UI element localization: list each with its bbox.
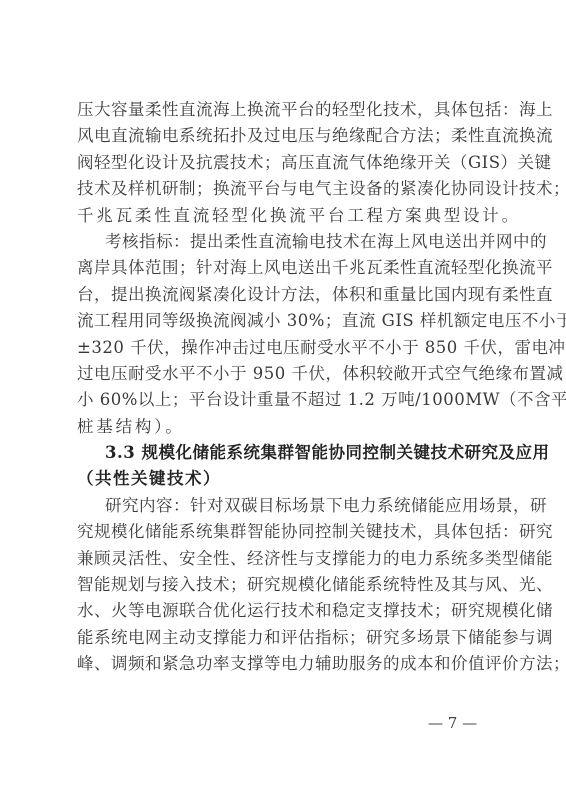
paragraph-research-content: 研究内容：针对双碳目标场景下电力系统储能应用场景，研 究规模化储能系统集群智能协…	[77, 493, 490, 678]
text-line: 风电直流输电系统拓扑及过电压与绝缘配合方法；柔性直流换流	[77, 123, 490, 149]
heading-line: （共性关键技术）	[77, 466, 490, 492]
page-text-body: 压大容量柔性直流海上换流平台的轻型化技术，具体包括：海上 风电直流输电系统拓扑及…	[77, 97, 490, 678]
text-line: 流工程用同等级换流阀减小 30%；直流 GIS 样机额定电压不小于	[77, 308, 490, 334]
text-line: 千兆瓦柔性直流轻型化换流平台工程方案典型设计。	[77, 203, 490, 229]
text-line: 兼顾灵活性、安全性、经济性与支撑能力的电力系统多类型储能	[77, 546, 490, 572]
text-line: 技术及样机研制；换流平台与电气主设备的紧凑化协同设计技术；	[77, 176, 490, 202]
text-line: 水、火等电源联合优化运行技术和稳定支撑技术；研究规模化储	[77, 598, 490, 624]
text-line: 台，提出换流阀紧凑化设计方法，体积和重量比国内现有柔性直	[77, 282, 490, 308]
text-line: 阀轻型化设计及抗震技术；高压直流气体绝缘开关（GIS）关键	[77, 150, 490, 176]
text-line: 压大容量柔性直流海上换流平台的轻型化技术，具体包括：海上	[77, 97, 490, 123]
text-line: 研究内容：针对双碳目标场景下电力系统储能应用场景，研	[77, 493, 490, 519]
page-number: — 7 —	[428, 714, 476, 732]
paragraph-research-content-continuation: 压大容量柔性直流海上换流平台的轻型化技术，具体包括：海上 风电直流输电系统拓扑及…	[77, 97, 490, 229]
text-line: 究规模化储能系统集群智能协同控制关键技术，具体包括：研究	[77, 519, 490, 545]
text-line: 智能规划与接入技术；研究规模化储能系统特性及其与风、光、	[77, 572, 490, 598]
text-line: ±320 千伏，操作冲击过电压耐受水平不小于 850 千伏，雷电冲击	[77, 335, 490, 361]
text-line: 桩基结构）。	[77, 414, 490, 440]
text-line: 小 60%以上；平台设计重量不超过 1.2 万吨/1000MW（不含平台	[77, 387, 490, 413]
paragraph-assessment-indicators: 考核指标：提出柔性直流输电技术在海上风电送出并网中的 离岸具体范围；针对海上风电…	[77, 229, 490, 440]
text-line: 能系统电网主动支撑能力和评估指标；研究多场景下储能参与调	[77, 625, 490, 651]
heading-line: 3.3 规模化储能系统集群智能协同控制关键技术研究及应用	[77, 440, 490, 466]
text-line: 过电压耐受水平不小于 950 千伏，体积较敞开式空气绝缘布置减	[77, 361, 490, 387]
section-heading-3-3: 3.3 规模化储能系统集群智能协同控制关键技术研究及应用 （共性关键技术）	[77, 440, 490, 493]
text-line: 峰、调频和紧急功率支撑等电力辅助服务的成本和价值评价方法；	[77, 651, 490, 677]
text-line: 考核指标：提出柔性直流输电技术在海上风电送出并网中的	[77, 229, 490, 255]
text-line: 离岸具体范围；针对海上风电送出千兆瓦柔性直流轻型化换流平	[77, 255, 490, 281]
document-page: 压大容量柔性直流海上换流平台的轻型化技术，具体包括：海上 风电直流输电系统拓扑及…	[0, 0, 566, 800]
